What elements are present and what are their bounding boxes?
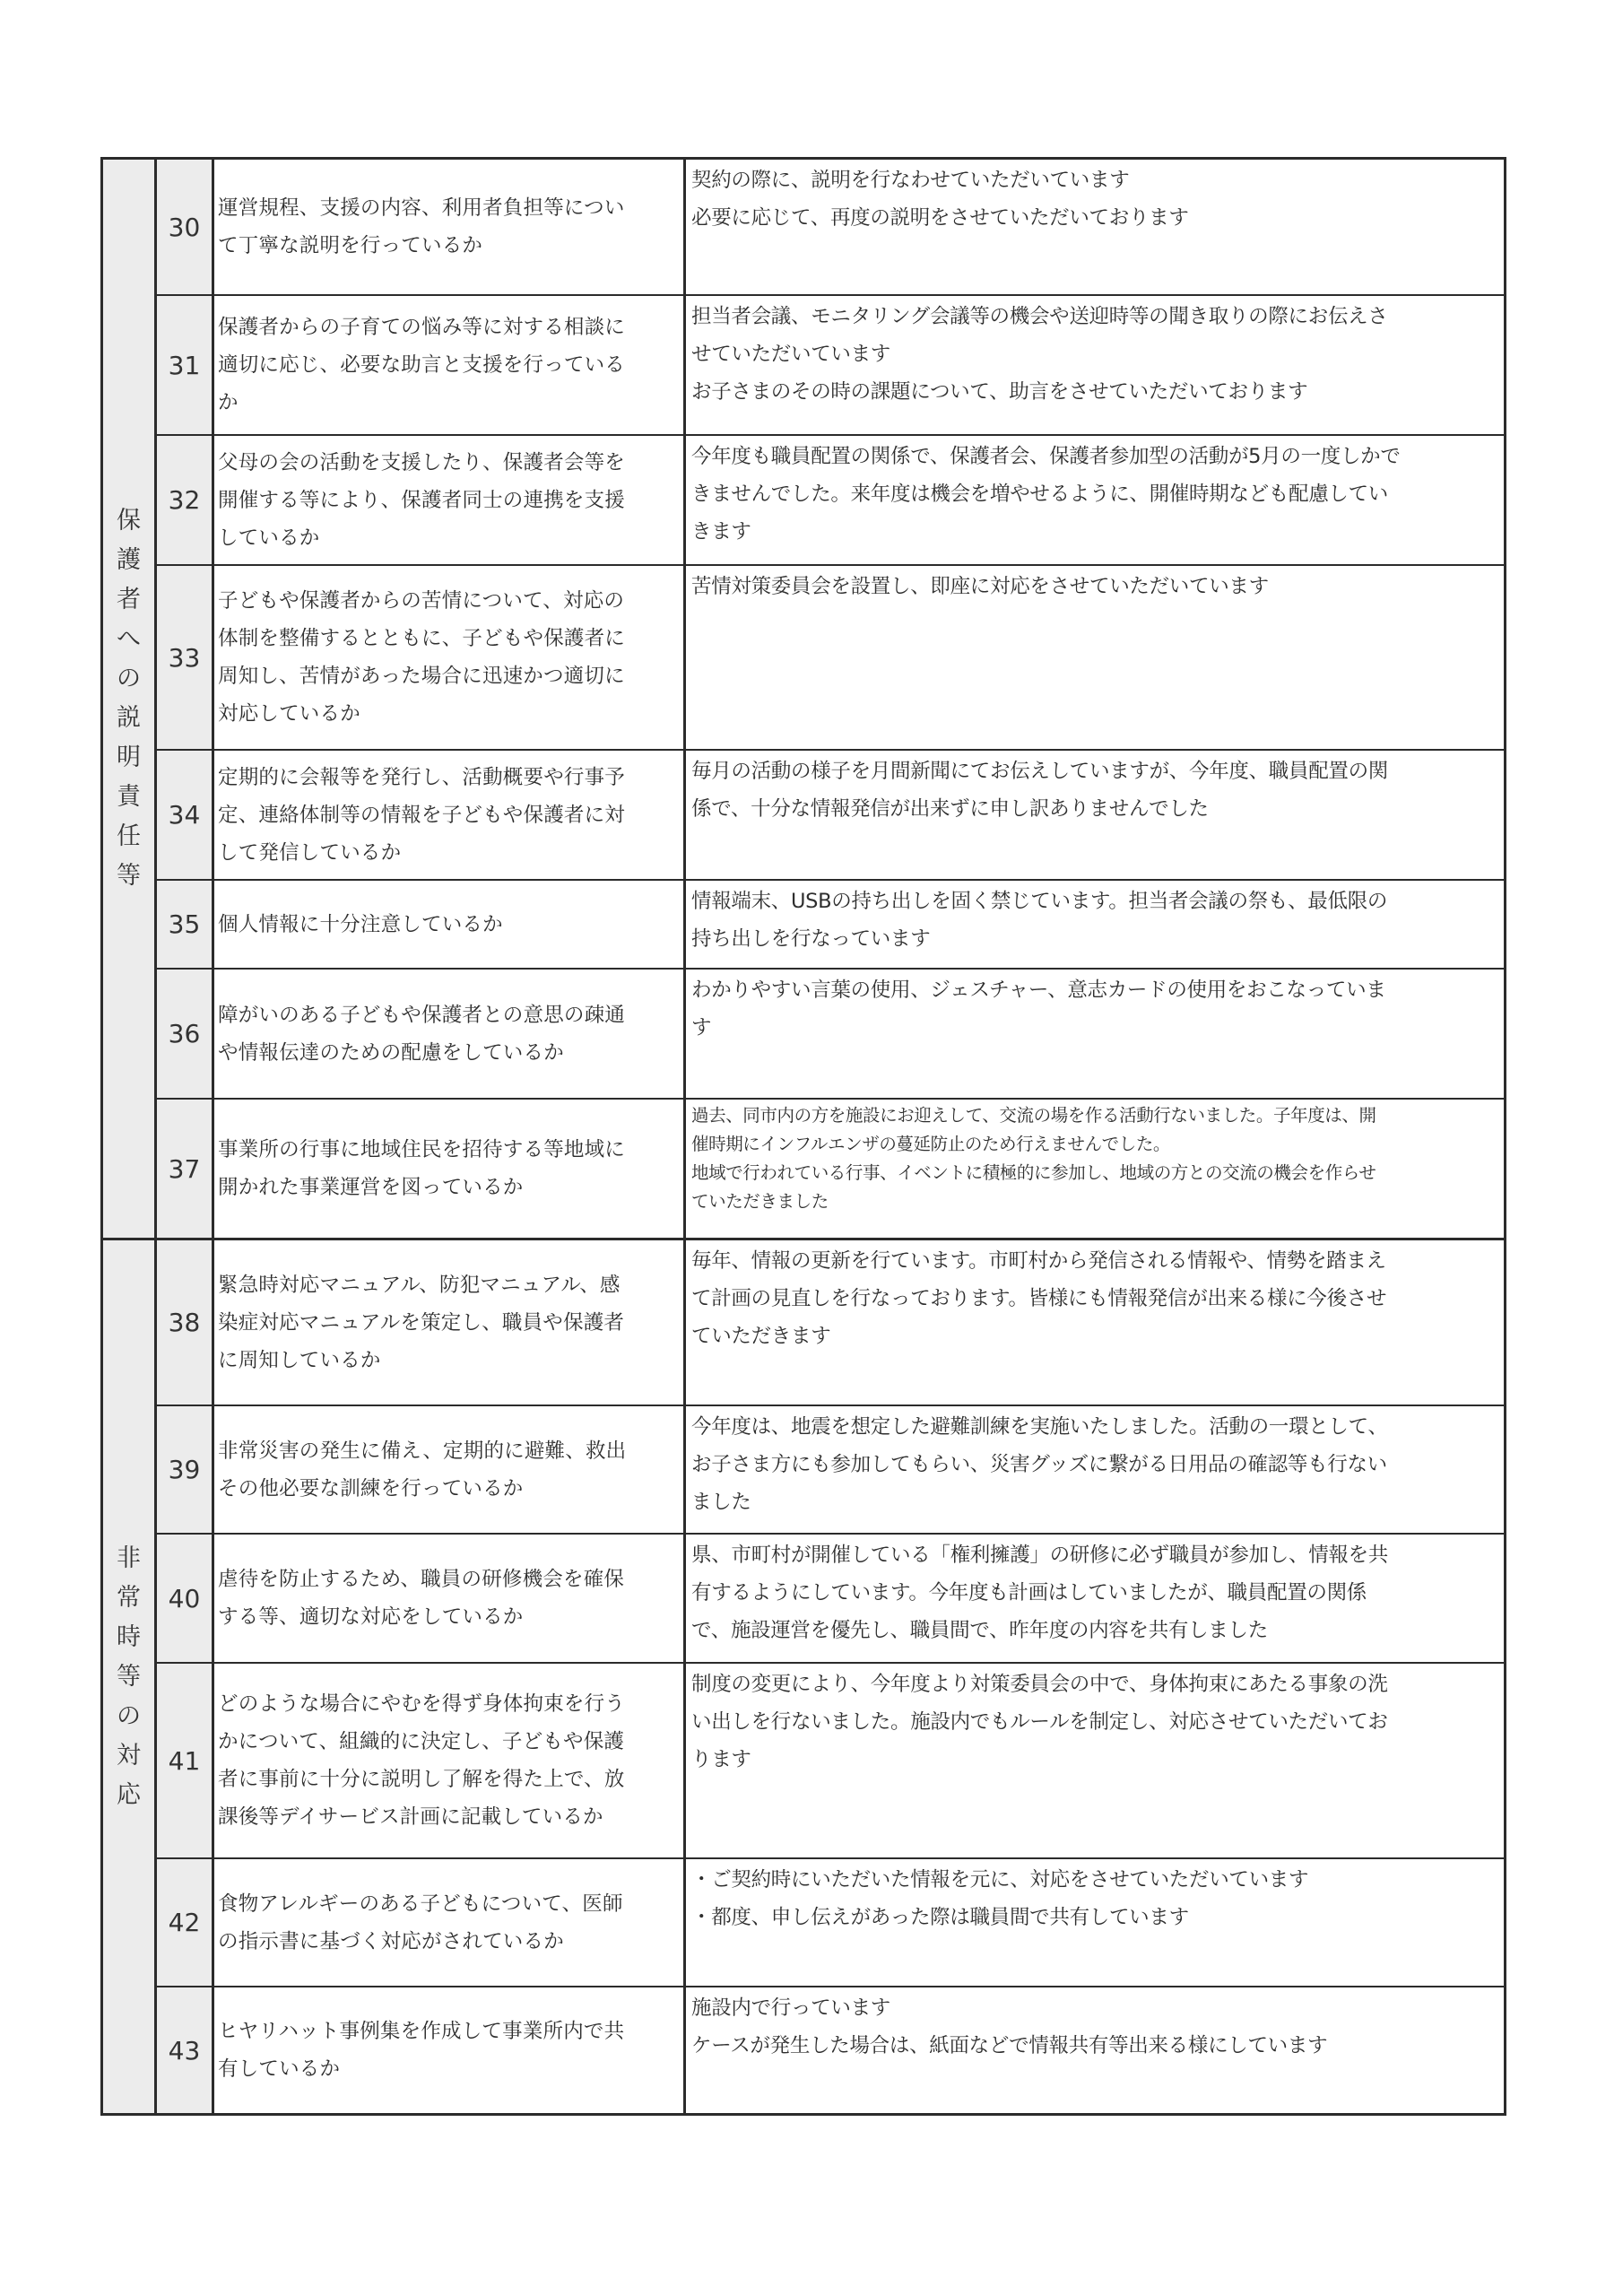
- answer-line: わかりやすい言葉の使用、ジェスチャー、意志カードの使用をおこなっていま: [691, 971, 1498, 1009]
- answer-line: 施設内で行っています: [691, 1989, 1498, 2027]
- question-line: 開催する等により、保護者同士の連携を支援: [218, 482, 625, 519]
- question-line: か: [218, 384, 625, 422]
- question-line: に周知しているか: [218, 1342, 624, 1379]
- table-row: 36 障がいのある子どもや保護者との意思の疎通 や情報伝達のための配慮をしている…: [157, 970, 1504, 1100]
- answer-line: 地域で行われている行事、イベントに積極的に参加し、地域の方との交流の機会を作らせ: [691, 1159, 1498, 1187]
- question-line: 対応しているか: [218, 695, 625, 733]
- question-line: かについて、組織的に決定し、子どもや保護: [218, 1723, 625, 1761]
- question-line: 運営規程、支援の内容、利用者負担等につい: [218, 189, 625, 227]
- answer-line: い出しを行ないました。施設内でもルールを制定し、対応させていただいてお: [691, 1703, 1498, 1741]
- answer-line: 情報端末、USBの持ち出しを固く禁じています。担当者会議の祭も、最低限の: [691, 883, 1498, 920]
- answer-line: きませんでした。来年度は機会を増やせるように、開催時期なども配慮してい: [691, 475, 1498, 513]
- table-row: 40 虐待を防止するため、職員の研修機会を確保 する等、適切な対応をしているか …: [157, 1535, 1504, 1664]
- item-number: 40: [157, 1535, 214, 1662]
- question-line: 者に事前に十分に説明し了解を得た上で、放: [218, 1761, 625, 1798]
- item-number: 41: [157, 1664, 214, 1857]
- answer-cell: 苦情対策委員会を設置し、即座に対応をさせていただいています: [686, 566, 1504, 749]
- category-char: へ: [117, 620, 141, 659]
- table-row: 31 保護者からの子育ての悩み等に対する相談に 適切に応じ、必要な助言と支援を行…: [157, 296, 1504, 436]
- question-line: どのような場合にやむを得ず身体拘束を行う: [218, 1685, 625, 1723]
- question-line: 父母の会の活動を支援したり、保護者会等を: [218, 444, 625, 482]
- question-line: その他必要な訓練を行っているか: [218, 1470, 626, 1508]
- answer-line: ・ご契約時にいただいた情報を元に、対応をさせていただいています: [691, 1861, 1498, 1899]
- question-line: 定、連絡体制等の情報を子どもや保護者に対: [218, 796, 625, 834]
- question-cell: 虐待を防止するため、職員の研修機会を確保 する等、適切な対応をしているか: [214, 1535, 686, 1662]
- answer-line: ・都度、申し伝えがあった際は職員間で共有しています: [691, 1899, 1498, 1936]
- question-line: 非常災害の発生に備え、定期的に避難、救出: [218, 1432, 626, 1470]
- question-cell: 食物アレルギーのある子どもについて、医師 の指示書に基づく対応がされているか: [214, 1859, 686, 1986]
- table-row: 35 個人情報に十分注意しているか 情報端末、USBの持ち出しを固く禁じています…: [157, 881, 1504, 970]
- answer-cell: 契約の際に、説明を行なわせていただいています 必要に応じて、再度の説明をさせてい…: [686, 160, 1504, 294]
- question-line: 緊急時対応マニュアル、防犯マニュアル、感: [218, 1266, 624, 1304]
- question-line: や情報伝達のための配慮をしているか: [218, 1034, 625, 1072]
- answer-line: 県、市町村が開催している「権利擁護」の研修に必ず職員が参加し、情報を共: [691, 1536, 1498, 1574]
- question-line: ヒヤリハット事例集を作成して事業所内で共: [218, 2013, 624, 2050]
- question-line: 障がいのある子どもや保護者との意思の疎通: [218, 996, 625, 1034]
- question-cell: 事業所の行事に地域住民を招待する等地域に 開かれた事業運営を図っているか: [214, 1100, 686, 1238]
- answer-cell: 毎年、情報の更新を行ています。市町村から発信される情報や、情勢を踏まえ て計画の…: [686, 1240, 1504, 1405]
- answer-line: 催時期にインフルエンザの蔓延防止のため行えませんでした。: [691, 1130, 1498, 1159]
- table-row: 30 運営規程、支援の内容、利用者負担等につい て丁寧な説明を行っているか 契約…: [157, 160, 1504, 296]
- answer-line: ケースが発生した場合は、紙面などで情報共有等出来る様にしています: [691, 2027, 1498, 2065]
- question-line: の指示書に基づく対応がされているか: [218, 1923, 623, 1961]
- question-line: 体制を整備するとともに、子どもや保護者に: [218, 620, 625, 657]
- category-char: 等: [117, 1657, 141, 1697]
- answer-cell: 過去、同市内の方を施設にお迎えして、交流の場を作る活動行ないました。子年度は、開…: [686, 1100, 1504, 1238]
- question-line: 事業所の行事に地域住民を招待する等地域に: [218, 1131, 625, 1169]
- answer-line: ました: [691, 1483, 1498, 1521]
- table-row: 33 子どもや保護者からの苦情について、対応の 体制を整備するとともに、子どもや…: [157, 566, 1504, 751]
- answer-cell: 県、市町村が開催している「権利擁護」の研修に必ず職員が参加し、情報を共 有するよ…: [686, 1535, 1504, 1662]
- table-row: 34 定期的に会報等を発行し、活動概要や行事予 定、連絡体制等の情報を子どもや保…: [157, 751, 1504, 881]
- question-line: 開かれた事業運営を図っているか: [218, 1169, 625, 1206]
- question-cell: 保護者からの子育ての悩み等に対する相談に 適切に応じ、必要な助言と支援を行ってい…: [214, 296, 686, 434]
- answer-line: 過去、同市内の方を施設にお迎えして、交流の場を作る活動行ないました。子年度は、開: [691, 1101, 1498, 1130]
- item-number: 39: [157, 1406, 214, 1533]
- item-number: 30: [157, 160, 214, 294]
- item-number: 42: [157, 1859, 214, 1986]
- item-number: 32: [157, 436, 214, 564]
- answer-line: お子さま方にも参加してもらい、災害グッズに繋がる日用品の確認等も行ない: [691, 1446, 1498, 1483]
- category-char: の: [117, 1697, 141, 1736]
- item-number: 43: [157, 1987, 214, 2113]
- question-cell: 個人情報に十分注意しているか: [214, 881, 686, 968]
- answer-line: 契約の際に、説明を行なわせていただいています: [691, 161, 1498, 199]
- table-row: 41 どのような場合にやむを得ず身体拘束を行う かについて、組織的に決定し、子ど…: [157, 1664, 1504, 1859]
- category-char: の: [117, 659, 141, 699]
- evaluation-table: 保 護 者 へ の 説 明 責 任 等 非 常 時 等 の 対 応 30 運営規…: [100, 157, 1506, 2116]
- category-char: 応: [117, 1776, 141, 1815]
- item-number: 33: [157, 566, 214, 749]
- category-char: 責: [117, 778, 141, 817]
- question-line: 食物アレルギーのある子どもについて、医師: [218, 1885, 623, 1923]
- question-line: 染症対応マニュアルを策定し、職員や保護者: [218, 1304, 624, 1342]
- answer-line: ていただきます: [691, 1318, 1498, 1355]
- question-line: 周知し、苦情があった場合に迅速かつ適切に: [218, 657, 625, 695]
- question-line: 定期的に会報等を発行し、活動概要や行事予: [218, 759, 625, 796]
- question-cell: 緊急時対応マニュアル、防犯マニュアル、感 染症対応マニュアルを策定し、職員や保護…: [214, 1240, 686, 1405]
- answer-cell: 担当者会議、モニタリング会議等の機会や送迎時等の聞き取りの際にお伝えさ せていた…: [686, 296, 1504, 434]
- answer-line: 係で、十分な情報発信が出来ずに申し訳ありませんでした: [691, 790, 1498, 828]
- item-number: 38: [157, 1240, 214, 1405]
- answer-line: 担当者会議、モニタリング会議等の機会や送迎時等の聞き取りの際にお伝えさ: [691, 298, 1498, 335]
- question-cell: ヒヤリハット事例集を作成して事業所内で共 有しているか: [214, 1987, 686, 2113]
- category-char: 護: [117, 541, 141, 580]
- category-char: 保: [117, 501, 141, 541]
- question-line: て丁寧な説明を行っているか: [218, 227, 625, 265]
- answer-line: で、施設運営を優先し、職員間で、昨年度の内容を共有しました: [691, 1612, 1498, 1649]
- answer-line: ていただきました: [691, 1187, 1498, 1216]
- table-row: 32 父母の会の活動を支援したり、保護者会等を 開催する等により、保護者同士の連…: [157, 436, 1504, 566]
- category-char: 者: [117, 580, 141, 620]
- question-line: する等、適切な対応をしているか: [218, 1598, 624, 1636]
- item-number: 37: [157, 1100, 214, 1238]
- table-row: 38 緊急時対応マニュアル、防犯マニュアル、感 染症対応マニュアルを策定し、職員…: [157, 1240, 1504, 1406]
- answer-line: お子さまのその時の課題について、助言をさせていただいております: [691, 373, 1498, 411]
- answer-line: 持ち出しを行なっています: [691, 920, 1498, 958]
- question-line: 有しているか: [218, 2050, 624, 2088]
- answer-cell: 毎月の活動の様子を月間新聞にてお伝えしていますが、今年度、職員配置の関 係で、十…: [686, 751, 1504, 879]
- category-char: 明: [117, 738, 141, 778]
- category-char: 対: [117, 1736, 141, 1776]
- answer-line: きます: [691, 513, 1498, 551]
- table-row: 43 ヒヤリハット事例集を作成して事業所内で共 有しているか 施設内で行っていま…: [157, 1987, 1504, 2113]
- category-char: 任: [117, 817, 141, 857]
- category-parent-accountability: 保 護 者 へ の 説 明 責 任 等: [103, 160, 157, 1240]
- answer-line: 毎年、情報の更新を行ています。市町村から発信される情報や、情勢を踏まえ: [691, 1242, 1498, 1280]
- answer-line: て計画の見直しを行なっております。皆様にも情報発信が出来る様に今後させ: [691, 1280, 1498, 1318]
- table-row: 39 非常災害の発生に備え、定期的に避難、救出 その他必要な訓練を行っているか …: [157, 1406, 1504, 1535]
- category-char: 時: [117, 1618, 141, 1657]
- question-line: して発信しているか: [218, 834, 625, 872]
- category-emergency-response: 非 常 時 等 の 対 応: [103, 1240, 157, 2113]
- answer-line: す: [691, 1009, 1498, 1047]
- question-line: 個人情報に十分注意しているか: [218, 906, 503, 944]
- item-number: 36: [157, 970, 214, 1098]
- answer-cell: 施設内で行っています ケースが発生した場合は、紙面などで情報共有等出来る様にして…: [686, 1987, 1504, 2113]
- category-char: 常: [117, 1578, 141, 1618]
- table-row: 37 事業所の行事に地域住民を招待する等地域に 開かれた事業運営を図っているか …: [157, 1100, 1504, 1240]
- answer-cell: 情報端末、USBの持ち出しを固く禁じています。担当者会議の祭も、最低限の 持ち出…: [686, 881, 1504, 968]
- answer-line: 有するようにしています。今年度も計画はしていましたが、職員配置の関係: [691, 1574, 1498, 1612]
- answer-line: 制度の変更により、今年度より対策委員会の中で、身体拘束にあたる事象の洗: [691, 1665, 1498, 1703]
- question-cell: 定期的に会報等を発行し、活動概要や行事予 定、連絡体制等の情報を子どもや保護者に…: [214, 751, 686, 879]
- answer-cell: 今年度も職員配置の関係で、保護者会、保護者参加型の活動が5月の一度しかで きませ…: [686, 436, 1504, 564]
- answer-cell: 今年度は、地震を想定した避難訓練を実施いたしました。活動の一環として、 お子さま…: [686, 1406, 1504, 1533]
- question-line: 課後等デイサービス計画に記載しているか: [218, 1798, 625, 1836]
- item-number: 35: [157, 881, 214, 968]
- question-line: 保護者からの子育ての悩み等に対する相談に: [218, 309, 625, 346]
- question-cell: どのような場合にやむを得ず身体拘束を行う かについて、組織的に決定し、子どもや保…: [214, 1664, 686, 1857]
- item-number: 31: [157, 296, 214, 434]
- question-line: 適切に応じ、必要な助言と支援を行っている: [218, 346, 625, 384]
- question-line: しているか: [218, 519, 625, 557]
- answer-line: ります: [691, 1741, 1498, 1779]
- question-line: 子どもや保護者からの苦情について、対応の: [218, 582, 625, 620]
- answer-cell: 制度の変更により、今年度より対策委員会の中で、身体拘束にあたる事象の洗 い出しを…: [686, 1664, 1504, 1857]
- answer-line: 必要に応じて、再度の説明をさせていただいております: [691, 199, 1498, 237]
- question-line: 虐待を防止するため、職員の研修機会を確保: [218, 1561, 624, 1598]
- question-cell: 運営規程、支援の内容、利用者負担等につい て丁寧な説明を行っているか: [214, 160, 686, 294]
- table-row: 42 食物アレルギーのある子どもについて、医師 の指示書に基づく対応がされている…: [157, 1859, 1504, 1987]
- answer-line: 今年度は、地震を想定した避難訓練を実施いたしました。活動の一環として、: [691, 1408, 1498, 1446]
- category-char: 等: [117, 857, 141, 896]
- answer-cell: ・ご契約時にいただいた情報を元に、対応をさせていただいています ・都度、申し伝え…: [686, 1859, 1504, 1986]
- answer-line: 毎月の活動の様子を月間新聞にてお伝えしていますが、今年度、職員配置の関: [691, 752, 1498, 790]
- question-cell: 父母の会の活動を支援したり、保護者会等を 開催する等により、保護者同士の連携を支…: [214, 436, 686, 564]
- answer-line: 今年度も職員配置の関係で、保護者会、保護者参加型の活動が5月の一度しかで: [691, 438, 1498, 475]
- answer-cell: わかりやすい言葉の使用、ジェスチャー、意志カードの使用をおこなっていま す: [686, 970, 1504, 1098]
- question-cell: 子どもや保護者からの苦情について、対応の 体制を整備するとともに、子どもや保護者…: [214, 566, 686, 749]
- question-cell: 非常災害の発生に備え、定期的に避難、救出 その他必要な訓練を行っているか: [214, 1406, 686, 1533]
- category-char: 非: [117, 1539, 141, 1578]
- answer-line: せていただいています: [691, 335, 1498, 373]
- answer-line: 苦情対策委員会を設置し、即座に対応をさせていただいています: [691, 568, 1498, 605]
- category-char: 説: [117, 699, 141, 738]
- item-number: 34: [157, 751, 214, 879]
- question-cell: 障がいのある子どもや保護者との意思の疎通 や情報伝達のための配慮をしているか: [214, 970, 686, 1098]
